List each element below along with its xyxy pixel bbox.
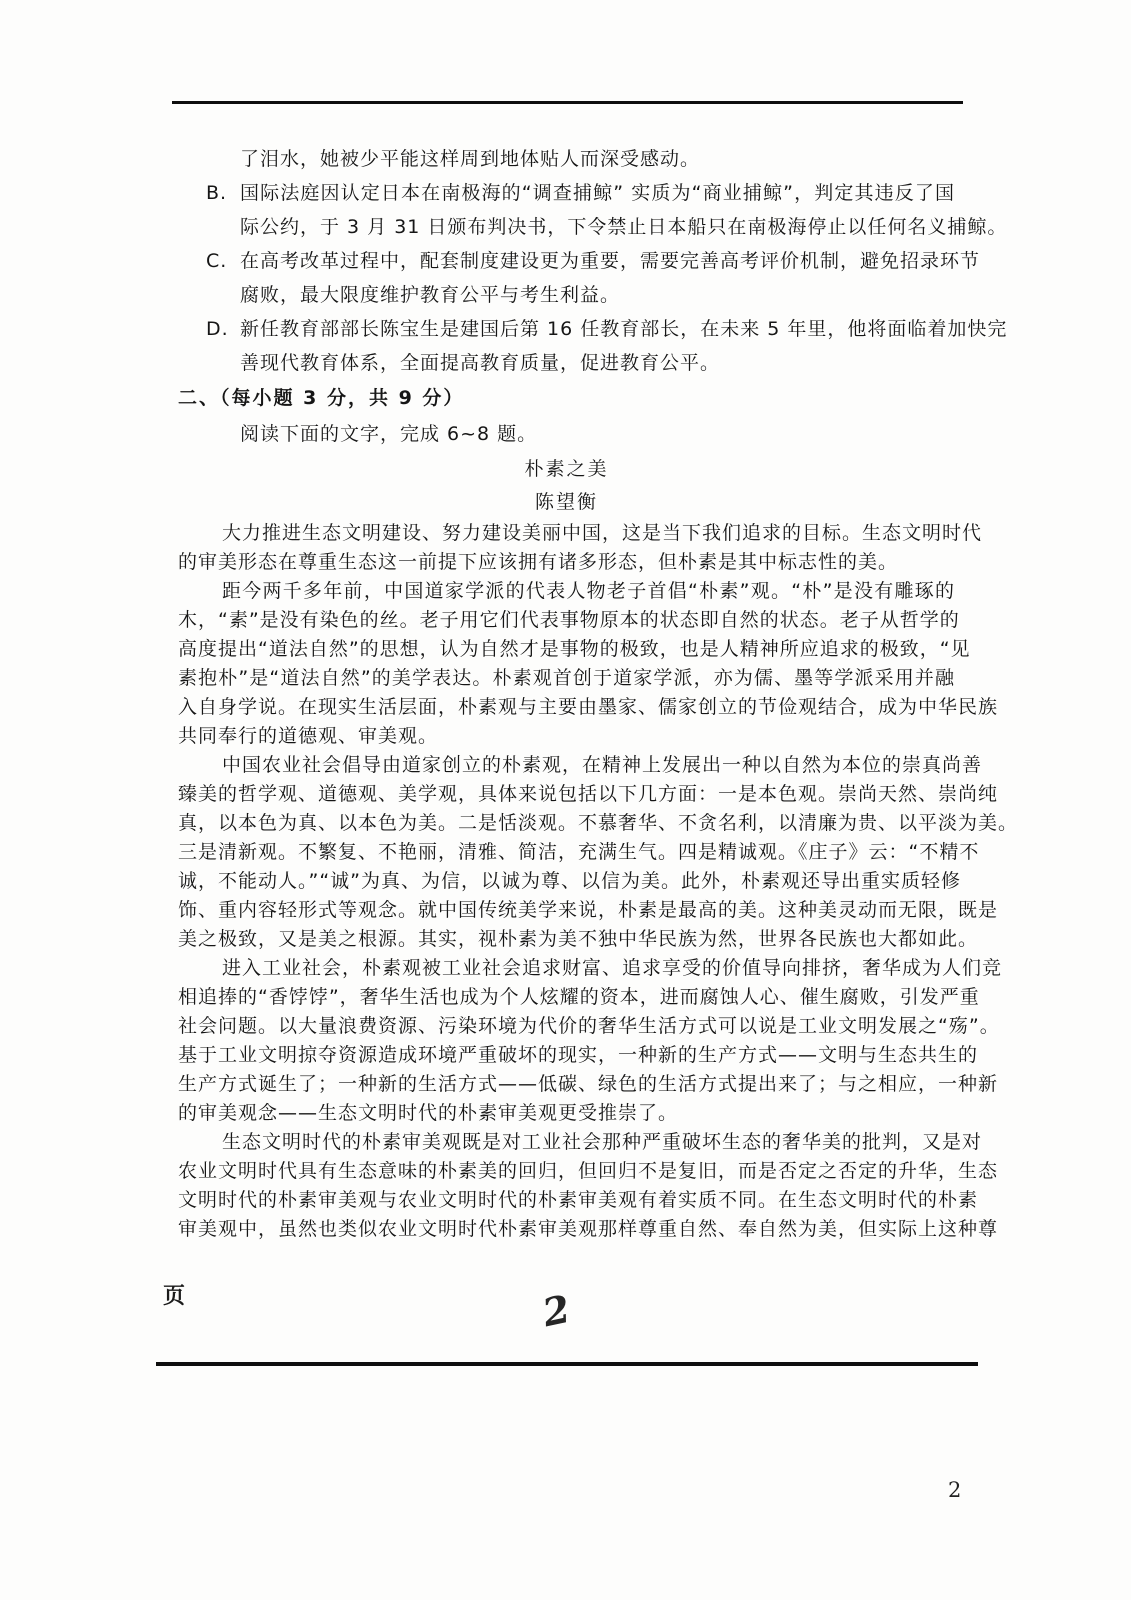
essay-text-line: 臻美的哲学观、道德观、美学观，具体来说包括以下几方面：一是本色观。崇尚天然、崇尚… <box>178 780 955 809</box>
essay-paragraph: 中国农业社会倡导由道家创立的朴素观，在精神上发展出一种以自然为本位的崇真尚善臻美… <box>178 751 955 954</box>
section-heading: 二、（每小题 3 分，共 9 分） <box>178 380 955 416</box>
essay-text-line: 中国农业社会倡导由道家创立的朴素观，在精神上发展出一种以自然为本位的崇真尚善 <box>178 751 955 780</box>
option-text-line: 善现代教育体系，全面提高教育质量，促进教育公平。 <box>240 346 955 380</box>
essay-text-line: 进入工业社会，朴素观被工业社会追求财富、追求享受的价值导向排挤，奢华成为人们竞 <box>178 954 955 983</box>
essay-text-line: 审美观中，虽然也类似农业文明时代朴素审美观那样尊重自然、奉自然为美，但实际上这种… <box>178 1215 955 1244</box>
essay-text-line: 文明时代的朴素审美观与农业文明时代的朴素审美观有着实质不同。在生态文明时代的朴素 <box>178 1186 955 1215</box>
essay-text-line: 的审美观念——生态文明时代的朴素审美观更受推崇了。 <box>178 1099 955 1128</box>
top-rule <box>172 101 963 104</box>
reading-instruction: 阅读下面的文字，完成 6~8 题。 <box>240 416 955 452</box>
printed-page-number: 2 <box>948 1478 961 1502</box>
essay-title: 朴素之美 <box>178 452 955 486</box>
option-label: B. <box>206 176 227 210</box>
essay-text-line: 木，“素”是没有染色的丝。老子用它们代表事物原本的状态即自然的状态。老子从哲学的 <box>178 606 955 635</box>
essay-paragraph: 进入工业社会，朴素观被工业社会追求财富、追求享受的价值导向排挤，奢华成为人们竞相… <box>178 954 955 1128</box>
essay-text-line: 基于工业文明掠夺资源造成环境严重破坏的现实，一种新的生产方式——文明与生态共生的 <box>178 1041 955 1070</box>
essay-text-line: 饰、重内容轻形式等观念。就中国传统美学来说，朴素是最高的美。这种美灵动而无限，既… <box>178 896 955 925</box>
option-text-line: 新任教育部部长陈宝生是建国后第 16 任教育部长，在未来 5 年里，他将面临着加… <box>240 312 955 346</box>
essay-paragraph: 大力推进生态文明建设、努力建设美丽中国，这是当下我们追求的目标。生态文明时代的审… <box>178 519 955 577</box>
essay-text-line: 真，以本色为真、以本色为美。二是恬淡观。不慕奢华、不贪名利，以清廉为贵、以平淡为… <box>178 809 955 838</box>
essay-text-line: 共同奉行的道德观、审美观。 <box>178 722 955 751</box>
essay-text-line: 农业文明时代具有生态意味的朴素美的回归，但回归不是复旧，而是否定之否定的升华，生… <box>178 1157 955 1186</box>
essay-author: 陈望衡 <box>178 486 955 519</box>
choice-option: B.国际法庭因认定日本在南极海的“调查捕鲸” 实质为“商业捕鲸”，判定其违反了国… <box>178 176 955 244</box>
option-text-line: 腐败，最大限度维护教育公平与考生利益。 <box>240 278 955 312</box>
essay-text-line: 生产方式诞生了；一种新的生活方式——低碳、绿色的生活方式提出来了；与之相应，一种… <box>178 1070 955 1099</box>
content-column: 了泪水，她被少平能这样周到地体贴人而深受感动。 B.国际法庭因认定日本在南极海的… <box>178 142 955 1244</box>
essay-text-line: 生态文明时代的朴素审美观既是对工业社会那种严重破坏生态的奢华美的批判，又是对 <box>178 1128 955 1157</box>
bottom-rule <box>156 1362 978 1366</box>
option-label: D. <box>206 312 229 346</box>
essay-text-line: 高度提出“道法自然”的思想，认为自然才是事物的极致，也是人精神所应追求的极致，“… <box>178 635 955 664</box>
essay-paragraph: 生态文明时代的朴素审美观既是对工业社会那种严重破坏生态的奢华美的批判，又是对农业… <box>178 1128 955 1244</box>
option-text-line: 际公约，于 3 月 31 日颁布判决书，下令禁止日本船只在南极海停止以任何名义捕… <box>240 210 955 244</box>
option-label: C. <box>206 244 227 278</box>
essay-body: 大力推进生态文明建设、努力建设美丽中国，这是当下我们追求的目标。生态文明时代的审… <box>178 519 955 1244</box>
scanned-exam-page: 了泪水，她被少平能这样周到地体贴人而深受感动。 B.国际法庭因认定日本在南极海的… <box>0 0 1131 1600</box>
essay-text-line: 相追捧的“香饽饽”，奢华生活也成为个人炫耀的资本，进而腐蚀人心、催生腐败，引发严… <box>178 983 955 1012</box>
essay-text-line: 入自身学说。在现实生活层面，朴素观与主要由墨家、儒家创立的节俭观结合，成为中华民… <box>178 693 955 722</box>
margin-page-label: 页 <box>163 1279 185 1310</box>
essay-text-line: 社会问题。以大量浪费资源、污染环境为代价的奢华生活方式可以说是工业文明发展之“殇… <box>178 1012 955 1041</box>
choice-option: D.新任教育部部长陈宝生是建国后第 16 任教育部长，在未来 5 年里，他将面临… <box>178 312 955 380</box>
option-a-continuation-line: 了泪水，她被少平能这样周到地体贴人而深受感动。 <box>240 142 955 176</box>
essay-text-line: 三是清新观。不繁复、不艳丽，清雅、简洁，充满生气。四是精诚观。《庄子》云：“不精… <box>178 838 955 867</box>
essay-text-line: 美之极致，又是美之根源。其实，视朴素为美不独中华民族为然，世界各民族也大都如此。 <box>178 925 955 954</box>
handwritten-page-number: 2 <box>539 1286 574 1336</box>
option-text-line: 在高考改革过程中，配套制度建设更为重要，需要完善高考评价机制，避免招录环节 <box>240 244 955 278</box>
essay-text-line: 的审美形态在尊重生态这一前提下应该拥有诸多形态，但朴素是其中标志性的美。 <box>178 548 955 577</box>
essay-text-line: 素抱朴”是“道法自然”的美学表达。朴素观首创于道家学派，亦为儒、墨等学派采用并融 <box>178 664 955 693</box>
choice-option: C.在高考改革过程中，配套制度建设更为重要，需要完善高考评价机制，避免招录环节腐… <box>178 244 955 312</box>
option-text-line: 国际法庭因认定日本在南极海的“调查捕鲸” 实质为“商业捕鲸”，判定其违反了国 <box>240 176 955 210</box>
essay-text-line: 诚，不能动人。”“诚”为真、为信，以诚为尊、以信为美。此外，朴素观还导出重实质轻… <box>178 867 955 896</box>
essay-paragraph: 距今两千多年前，中国道家学派的代表人物老子首倡“朴素”观。“朴”是没有雕琢的木，… <box>178 577 955 751</box>
essay-text-line: 距今两千多年前，中国道家学派的代表人物老子首倡“朴素”观。“朴”是没有雕琢的 <box>178 577 955 606</box>
choice-options-list: B.国际法庭因认定日本在南极海的“调查捕鲸” 实质为“商业捕鲸”，判定其违反了国… <box>178 176 955 380</box>
essay-text-line: 大力推进生态文明建设、努力建设美丽中国，这是当下我们追求的目标。生态文明时代 <box>178 519 955 548</box>
